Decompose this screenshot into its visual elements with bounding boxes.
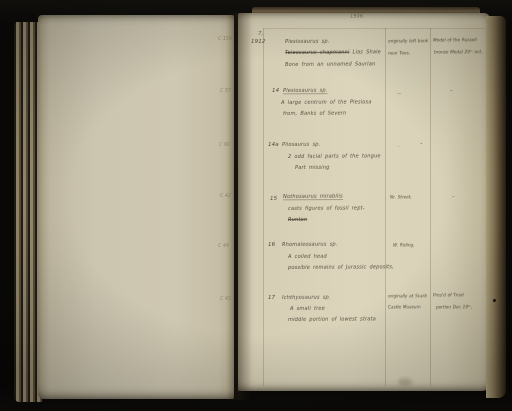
entry-locality: originally at Scarb <box>388 294 427 299</box>
entry-locality: Castle Museum <box>388 305 421 310</box>
book-gutter-shadow <box>226 13 252 400</box>
entry-desc: 2 odd facial parts of the tongue <box>288 153 381 159</box>
pencil-ref: C 44 <box>218 243 229 249</box>
entry-desc-rest: Lias Shale <box>349 49 381 55</box>
entry-desc: A coiled head <box>288 254 327 260</box>
right-page-edges <box>486 16 506 398</box>
entry-acquisition: bronze Medal 29ᵗʰ oct, <box>434 50 482 55</box>
entry-taxon: Plesiosaurus sp. <box>283 88 328 95</box>
entry-acquisition-ditto: ” <box>450 90 452 95</box>
margin-note: 7, <box>258 31 263 37</box>
entry-desc: middle portion of lowest strata <box>288 316 376 322</box>
pencil-ref: C 42 <box>220 193 231 199</box>
entry-desc: Bone from an unnamed Saurian <box>285 61 375 67</box>
entry-taxon: Ichthyosaurus sp. <box>282 295 331 301</box>
entry-number: 14 <box>272 88 279 94</box>
struck-text: Teleosaurus chapmanni <box>285 49 350 56</box>
right-register-page <box>238 13 490 391</box>
entry-locality: near Tees, <box>388 51 410 56</box>
entry-locality-ditto: - <box>398 144 400 149</box>
entry-number: 15 <box>270 196 277 202</box>
entry-number: 1912 <box>251 39 266 45</box>
entry-acquisition: Pres'd of Trust <box>433 293 464 298</box>
entry-number: 16 <box>268 242 275 248</box>
column-rule-number <box>263 28 264 386</box>
entry-acquisition: portion Dec 19ᵗʰ, <box>436 305 472 310</box>
entry-desc: A small tree <box>290 306 325 312</box>
entry-desc: from, Banks of Severn <box>283 111 346 117</box>
entry-taxon: Nothosaurus mirabilis <box>283 194 343 201</box>
entry-desc: possible remains of Jurassic deposits, <box>288 264 394 270</box>
entry-taxon: Plesiosaurus sp. <box>285 39 330 45</box>
page-fleck <box>493 299 496 302</box>
folio-number: 1936. <box>350 13 365 19</box>
entry-number: 17 <box>268 295 275 301</box>
entry-taxon: Pliosaurus sp. <box>282 142 320 148</box>
entry-acquisition-ditto: ” <box>420 143 422 148</box>
pencil-ref: C 90 <box>219 142 230 148</box>
entry-number: 14a <box>268 142 279 148</box>
entry-taxon: Rhomaleosaurus sp. <box>282 242 338 248</box>
entry-locality: W. Riding, <box>393 243 415 248</box>
left-blank-page <box>38 15 234 399</box>
entry-locality: originally left bank <box>388 39 428 44</box>
page-smudge <box>398 378 412 386</box>
entry-locality: Nr. Street, <box>390 195 412 200</box>
pencil-ref: C 43. <box>220 296 233 302</box>
entry-desc: casts figures of fossil rept- <box>288 205 365 211</box>
header-rule <box>263 28 485 29</box>
entry-acquisition-ditto: ” <box>452 196 454 201</box>
entry-desc: Part missing <box>295 165 329 171</box>
entry-desc: A large centrum of the Plesiosa <box>281 99 372 105</box>
entry-desc: Teleosaurus chapmanni Lias Shale <box>285 49 381 55</box>
entry-desc-struck: Runton <box>288 217 307 223</box>
entry-locality-ditto: — <box>397 91 401 96</box>
pencil-ref: C 159 <box>218 36 232 42</box>
column-rule-locality <box>385 28 386 386</box>
register-photo: 1936. 7, C 159 C 57 C 90 C 42 C 44 C 43.… <box>0 0 512 411</box>
pencil-ref: C 57 <box>220 88 231 94</box>
entry-acquisition: Model of the Russell <box>433 38 477 43</box>
column-rule-acquisition <box>430 28 431 386</box>
